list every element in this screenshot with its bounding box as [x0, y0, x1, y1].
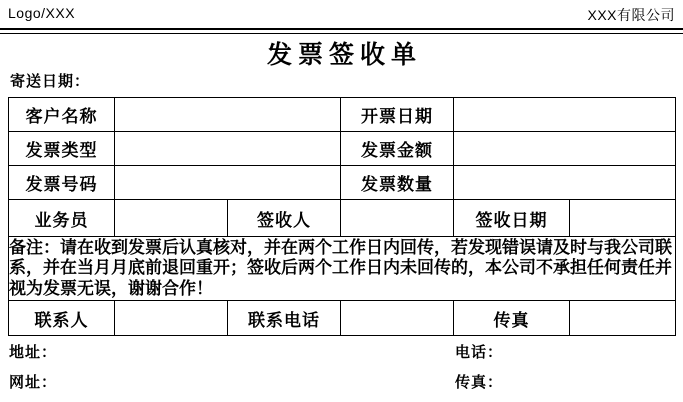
receipt-date-field[interactable] — [570, 200, 676, 237]
invoice-receipt-page: Logo/XXX XXX有限公司 发票签收单 寄送日期： 客户名称 开票日期 发… — [0, 0, 683, 402]
address-label: 地址： — [9, 341, 57, 362]
send-date-label: 寄送日期： — [10, 70, 90, 91]
table-row: 客户名称 开票日期 — [9, 98, 676, 132]
contact-person-label: 联系人 — [9, 301, 115, 336]
receiver-field[interactable] — [341, 200, 454, 237]
customer-name-field[interactable] — [115, 98, 341, 132]
contact-person-field[interactable] — [115, 301, 228, 336]
customer-name-label: 客户名称 — [9, 98, 115, 132]
website-label: 网址： — [9, 371, 57, 392]
table-row: 发票类型 发票金额 — [9, 132, 676, 166]
fax-label: 传真 — [454, 301, 570, 336]
contact-phone-label: 联系电话 — [228, 301, 341, 336]
salesperson-field[interactable] — [115, 200, 228, 237]
invoice-number-field[interactable] — [115, 166, 341, 200]
invoice-amount-field[interactable] — [454, 132, 676, 166]
page-title: 发票签收单 — [0, 35, 683, 71]
invoice-type-label: 发票类型 — [9, 132, 115, 166]
table-row: 备注：请在收到发票后认真核对，并在两个工作日内回传，若发现错误请及时与我公司联系… — [9, 237, 676, 301]
document-header: Logo/XXX XXX有限公司 — [8, 5, 675, 25]
company-name: XXX有限公司 — [587, 5, 675, 25]
receipt-date-label: 签收日期 — [454, 200, 570, 237]
invoice-form-table: 客户名称 开票日期 发票类型 发票金额 发票号码 发票数量 业务员 签收人 — [8, 97, 676, 336]
invoice-quantity-field[interactable] — [454, 166, 676, 200]
note-text: 备注：请在收到发票后认真核对，并在两个工作日内回传，若发现错误请及时与我公司联系… — [9, 237, 676, 301]
invoice-type-field[interactable] — [115, 132, 341, 166]
table-row: 联系人 联系电话 传真 — [9, 301, 676, 336]
phone-label: 电话： — [455, 341, 503, 362]
salesperson-label: 业务员 — [9, 200, 115, 237]
invoice-number-label: 发票号码 — [9, 166, 115, 200]
table-row: 发票号码 发票数量 — [9, 166, 676, 200]
invoice-date-label: 开票日期 — [341, 98, 454, 132]
fax-footer-label: 传真： — [455, 371, 503, 392]
invoice-date-field[interactable] — [454, 98, 676, 132]
header-divider — [0, 28, 683, 34]
invoice-quantity-label: 发票数量 — [341, 166, 454, 200]
table-row: 业务员 签收人 签收日期 — [9, 200, 676, 237]
contact-phone-field[interactable] — [341, 301, 454, 336]
fax-field[interactable] — [570, 301, 676, 336]
logo-text: Logo/XXX — [8, 5, 75, 21]
receiver-label: 签收人 — [228, 200, 341, 237]
invoice-amount-label: 发票金额 — [341, 132, 454, 166]
